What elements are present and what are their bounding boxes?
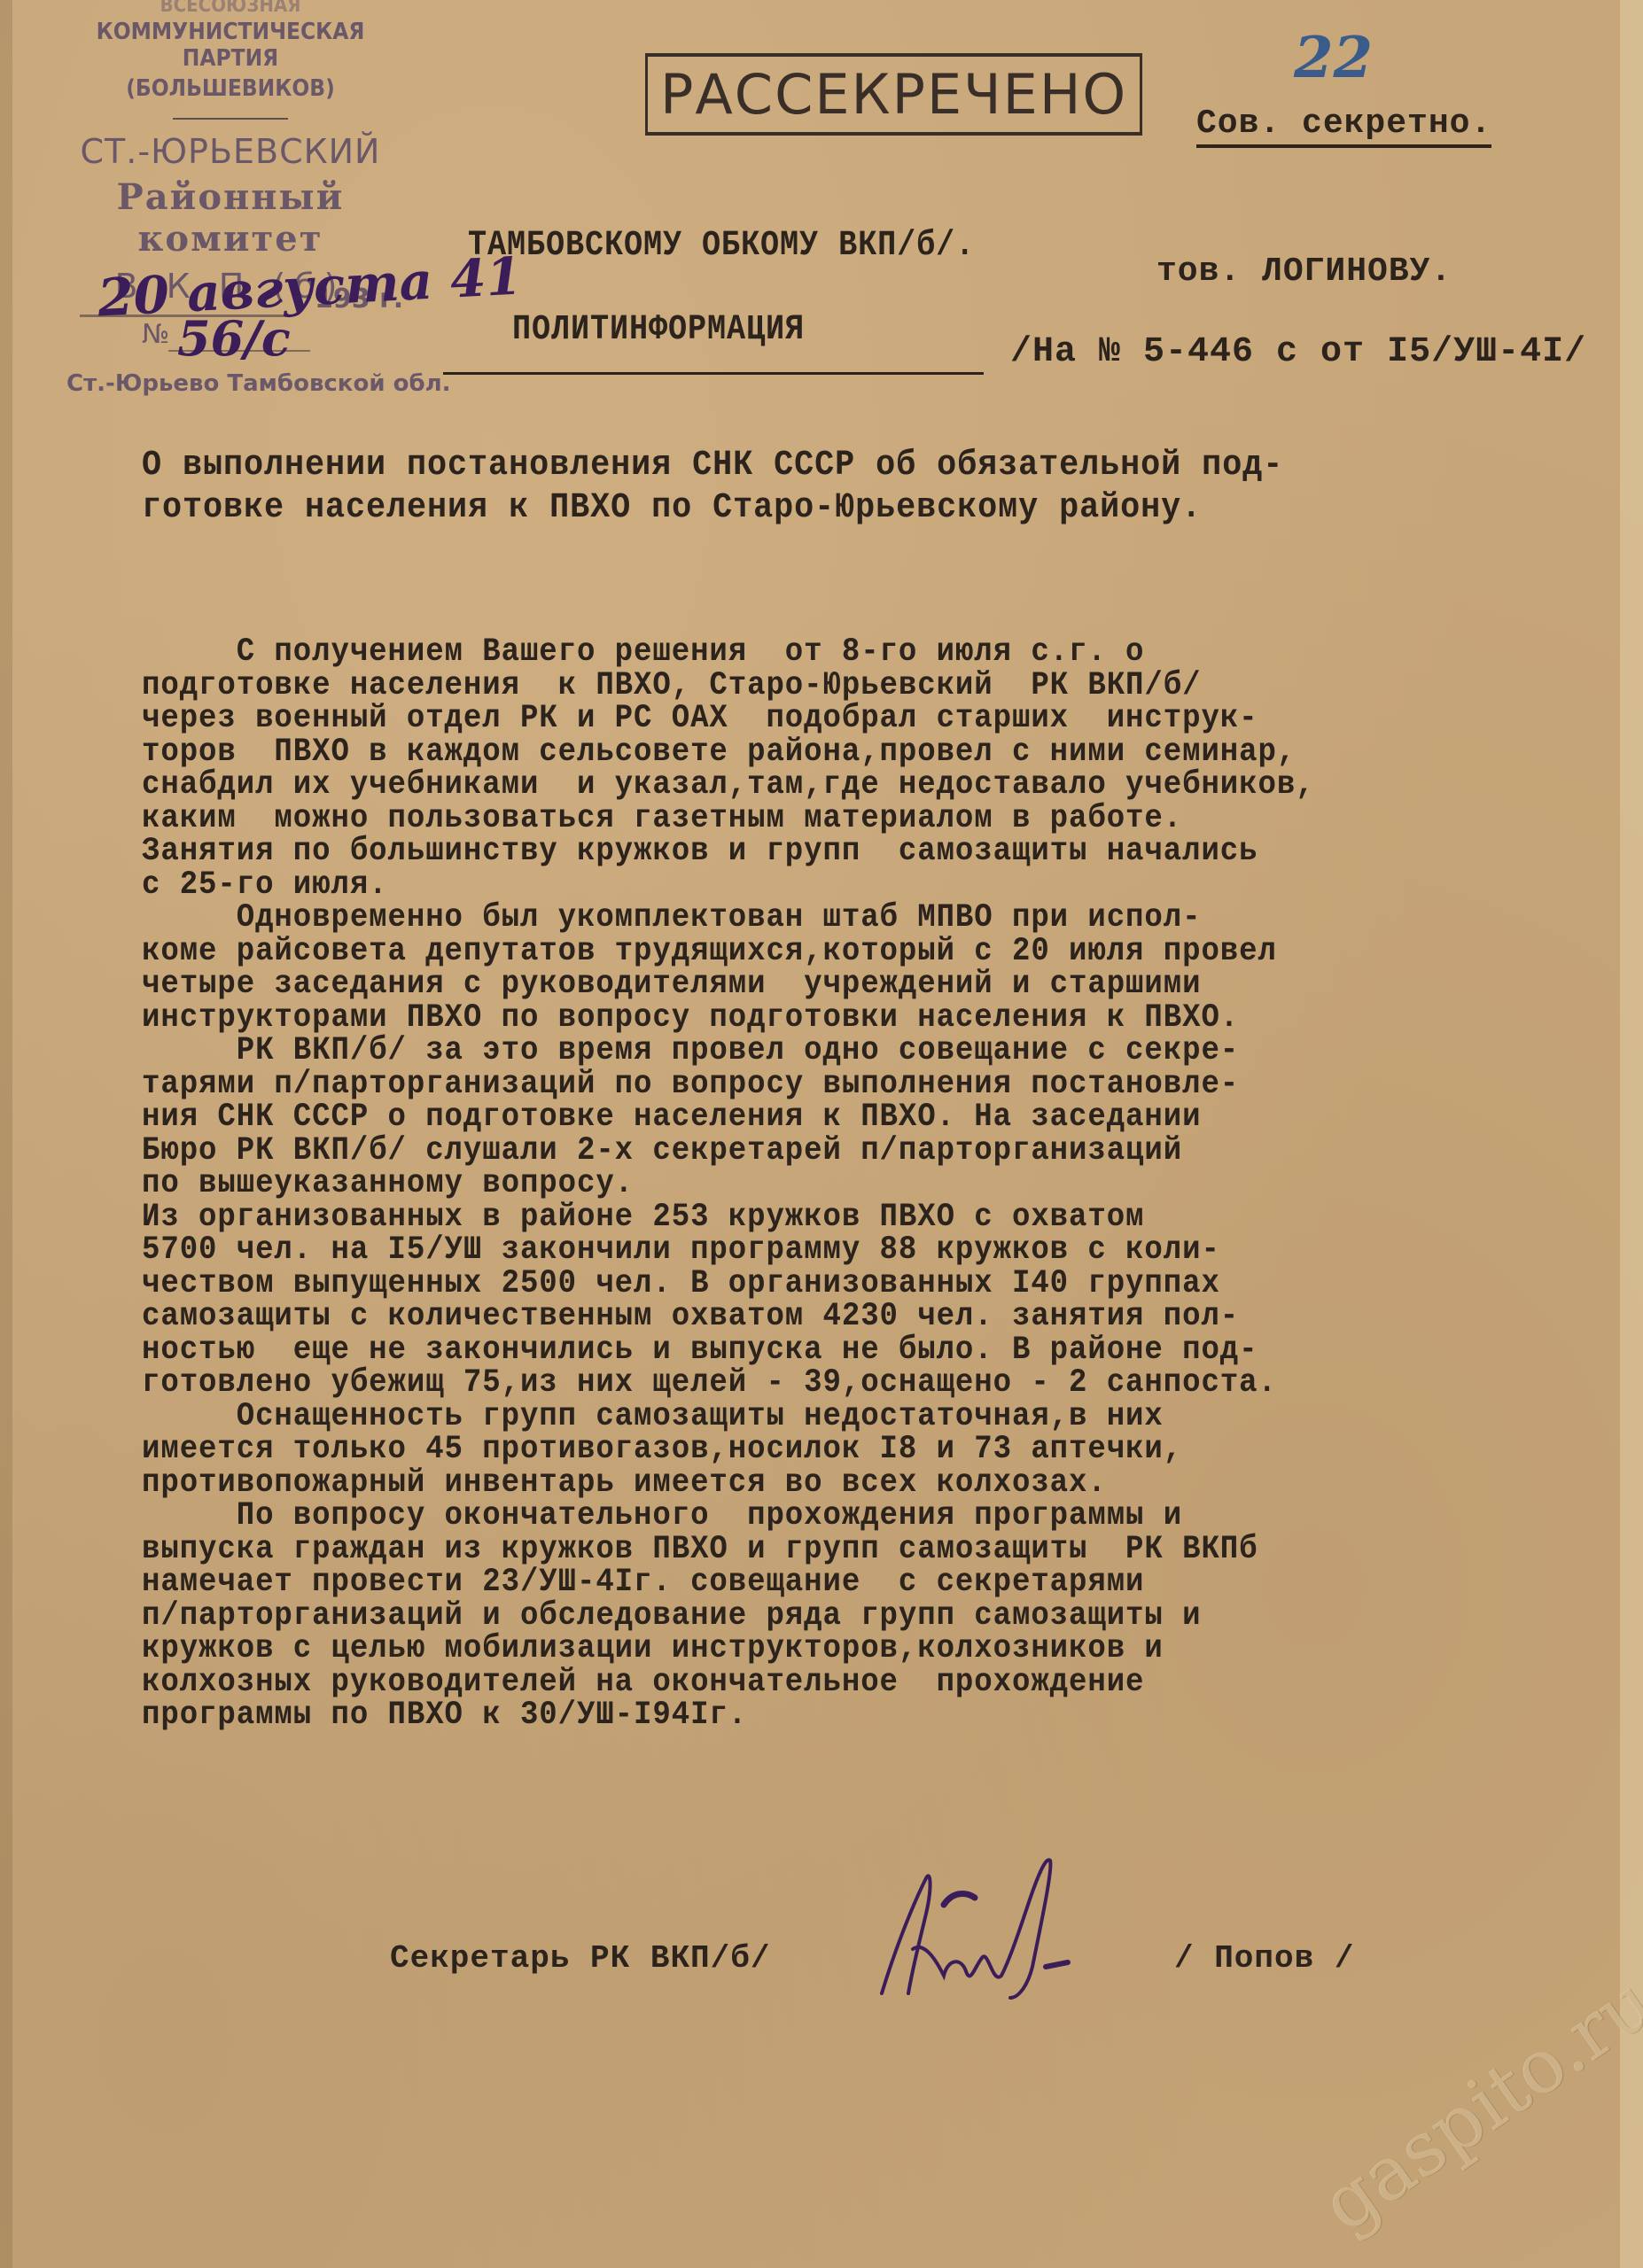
watermark: gaspito.ru (1306, 1958, 1643, 2249)
body-line: тарями п/парторганизаций по вопросу выпо… (142, 1068, 1512, 1102)
stamp-line-3: (БОЛЬШЕВИКОВ) (71, 75, 390, 102)
stamp-divider (173, 118, 288, 120)
body-line: с 25-го июля. (142, 869, 1512, 903)
body-line: самозащиты с количественным охватом 4230… (142, 1301, 1512, 1334)
signatory-name: / Попов / (1174, 1940, 1354, 1977)
addressee-to: ТАМБОВСКОМУ ОБКОМУ ВКП/б/. (468, 226, 975, 266)
declassified-stamp: РАССЕКРЕЧЕНО (645, 53, 1142, 136)
stamp-line-4: СТ.-ЮРЬЕВСКИЙ (53, 132, 408, 171)
body-line: Бюро РК ВКП/б/ слушали 2-х секретарей п/… (142, 1135, 1512, 1169)
body-line: ностью еще не закончились и выпуска не б… (142, 1334, 1512, 1368)
body-line: Из организованных в районе 253 кружков П… (142, 1201, 1512, 1235)
signature-icon (877, 1852, 1161, 2002)
body-line: имеется только 45 противогазов,носилок I… (142, 1433, 1512, 1467)
body-line: по вышеуказанному вопросу. (142, 1168, 1512, 1201)
body-line: кружков с целью мобилизации инструкторов… (142, 1633, 1512, 1666)
body-line: противопожарный инвентарь имеется во все… (142, 1467, 1512, 1501)
body-line: каким можно пользоваться газетным матери… (142, 803, 1512, 836)
body-line: чеством выпущенных 2500 чел. В организов… (142, 1268, 1512, 1301)
body-line: п/парторганизаций и обследование ряда гр… (142, 1600, 1512, 1634)
stamp-location: Ст.-Юрьево Тамбовской обл. (66, 370, 451, 397)
body-line: намечает провести 23/УШ-4Iг. совещание с… (142, 1566, 1512, 1600)
body-line: Одновременно был укомплектован штаб МПВО… (142, 902, 1512, 936)
signatory-title: Секретарь РК ВКП/б/ (390, 1940, 770, 1977)
body-line: через военный отдел РК и РС ОАХ подобрал… (142, 703, 1512, 736)
body-line: готовлено убежищ 75,из них щелей - 39,ос… (142, 1367, 1512, 1401)
doc-type-underline (443, 372, 984, 375)
body-line: По вопросу окончательного прохождения пр… (142, 1500, 1512, 1534)
handwritten-number: 56/с (177, 310, 291, 367)
body-line: коме райсовета депутатов трудящихся,кото… (142, 936, 1512, 969)
body-line: Занятия по большинству кружков и групп с… (142, 835, 1512, 869)
signature-handwritten (877, 1852, 1161, 2002)
body-line: четыре заседания с руководителями учрежд… (142, 968, 1512, 1002)
body-line: Оснащенность групп самозащиты недостаточ… (142, 1401, 1512, 1434)
stamp-line-2: КОММУНИСТИЧЕСКАЯ ПАРТИЯ (71, 19, 390, 72)
reference-number: /На № 5-446 с от I5/УШ-4I/ (1010, 332, 1586, 372)
body-line: снабдил их учебниками и указал,там,где н… (142, 769, 1512, 803)
stamp-line-1: ВСЕСОЮЗНАЯ (71, 0, 390, 17)
stamp-line-5: Районный комитет (53, 176, 408, 260)
body-line: подготовке населения к ПВХО, Старо-Юрьев… (142, 670, 1512, 703)
page-edge-left (0, 0, 12, 2268)
body-line: 5700 чел. на I5/УШ закончили программу 8… (142, 1234, 1512, 1268)
body-line: колхозных руководителей на окончательное… (142, 1666, 1512, 1700)
body-line: С получением Вашего решения от 8-го июля… (142, 636, 1512, 670)
body-line: ния СНК СССР о подготовке населения к ПВ… (142, 1101, 1512, 1135)
page-number: 22 (1294, 25, 1373, 91)
body-line: программы по ПВХО к 30/УШ-I94Iг. (142, 1699, 1512, 1733)
addressee-person: тов. ЛОГИНОВУ. (1156, 252, 1452, 291)
subject-line-2: готовке населения к ПВХО по Старо-Юрьевс… (142, 492, 1202, 525)
body-line: торов ПВХО в каждом сельсовете района,пр… (142, 736, 1512, 770)
classification-label: Сов. секретно. (1196, 105, 1491, 148)
body-line: выпуска граждан из кружков ПВХО и групп … (142, 1534, 1512, 1567)
document-type: ПОЛИТИНФОРМАЦИЯ (512, 310, 805, 350)
document-body: С получением Вашего решения от 8-го июля… (142, 636, 1631, 1733)
subject-line-1: О выполнении постановления СНК СССР об о… (142, 449, 1283, 483)
body-line: РК ВКП/б/ за это время провел одно совещ… (142, 1035, 1512, 1068)
body-line: инструкторами ПВХО по вопросу подготовки… (142, 1002, 1512, 1036)
